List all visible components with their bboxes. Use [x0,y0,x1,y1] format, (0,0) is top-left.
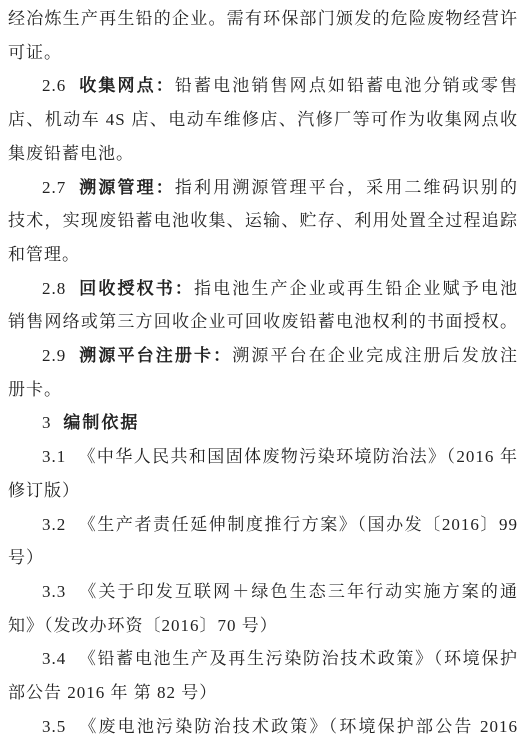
section-item-3-4: 3.4《铅蓄电池生产及再生污染防治技术政策》（环境保护 [8,642,518,676]
line-text: 溯源平台在企业完成注册后发放注 [232,346,518,365]
section-item-3-2: 3.2《生产者责任延伸制度推行方案》（国办发〔2016〕99 [8,508,518,542]
item-number: 2.7 [42,178,66,197]
text-line: 部公告 2016 年 第 82 号） [8,676,518,710]
item-number: 2.9 [42,346,66,365]
line-text: 《铅蓄电池生产及再生污染防治技术政策》（环境保护 [78,649,518,668]
line-text: 知》（发改办环资〔2016〕70 号） [8,616,278,635]
heading-number: 3 [42,413,52,432]
text-line: 技术，实现废铅蓄电池收集、运输、贮存、利用处置全过程追踪 [8,204,518,238]
text-line: 和管理。 [8,238,518,272]
line-text: 销售网络或第三方回收企业可回收废铅蓄电池权利的书面授权。 [8,312,518,331]
line-text: 和管理。 [8,245,80,264]
line-text: 店、机动车 4S 店、电动车维修店、汽修厂等可作为收集网点收 [8,110,518,129]
line-text: 部公告 2016 年 第 82 号） [8,683,217,702]
term-bold: 溯源管理： [78,178,175,197]
line-text: 号） [8,548,44,567]
section-item-3-5: 3.5《废电池污染防治技术政策》（环境保护部公告 2016 [8,710,518,744]
text-line: 册卡。 [8,373,518,407]
text-line: 知》（发改办环资〔2016〕70 号） [8,609,518,643]
line-text: 集废铅蓄电池。 [8,144,134,163]
text-line: 集废铅蓄电池。 [8,137,518,171]
line-text: 经冶炼生产再生铅的企业。需有环保部门颁发的危险废物经营许 [8,9,518,28]
line-text: 技术，实现废铅蓄电池收集、运输、贮存、利用处置全过程追踪 [8,211,518,230]
text-line: 号） [8,541,518,575]
text-line: 修订版） [8,474,518,508]
line-text: 指利用溯源管理平台，采用二维码识别的 [175,178,518,197]
section-item-2-8: 2.8回收授权书：指电池生产企业或再生铅企业赋予电池 [8,272,518,306]
term-bold: 回收授权书： [78,279,194,298]
item-number: 3.5 [42,717,66,736]
section-item-2-9: 2.9溯源平台注册卡：溯源平台在企业完成注册后发放注 [8,339,518,373]
item-number: 3.3 [42,582,66,601]
line-text: 铅蓄电池销售网点如铅蓄电池分销或零售 [175,76,518,95]
item-number: 3.2 [42,515,66,534]
line-text: 册卡。 [8,380,62,399]
text-line: 店、机动车 4S 店、电动车维修店、汽修厂等可作为收集网点收 [8,103,518,137]
heading-label: 编制依据 [63,413,139,432]
line-text: 《中华人民共和国固体废物污染环境防治法》（2016 年 [78,447,518,466]
item-number: 2.6 [42,76,66,95]
term-bold: 收集网点： [78,76,175,95]
line-text: 《废电池污染防治技术政策》（环境保护部公告 2016 [78,717,518,736]
section-item-2-7: 2.7溯源管理：指利用溯源管理平台，采用二维码识别的 [8,171,518,205]
line-text: 可证。 [8,43,62,62]
section-item-3-3: 3.3《关于印发互联网＋绿色生态三年行动实施方案的通 [8,575,518,609]
section-item-3-1: 3.1《中华人民共和国固体废物污染环境防治法》（2016 年 [8,440,518,474]
text-line: 可证。 [8,36,518,70]
section-item-2-6: 2.6收集网点：铅蓄电池销售网点如铅蓄电池分销或零售 [8,69,518,103]
document-page: 经冶炼生产再生铅的企业。需有环保部门颁发的危险废物经营许 可证。 2.6收集网点… [0,0,526,744]
item-number: 3.1 [42,447,66,466]
text-line: 经冶炼生产再生铅的企业。需有环保部门颁发的危险废物经营许 [8,2,518,36]
item-number: 3.4 [42,649,66,668]
line-text: 《关于印发互联网＋绿色生态三年行动实施方案的通 [78,582,518,601]
term-bold: 溯源平台注册卡： [78,346,232,365]
line-text: 《生产者责任延伸制度推行方案》（国办发〔2016〕99 [78,515,518,534]
section-heading-3: 3编制依据 [8,406,518,440]
text-line: 销售网络或第三方回收企业可回收废铅蓄电池权利的书面授权。 [8,305,518,339]
item-number: 2.8 [42,279,66,298]
line-text: 指电池生产企业或再生铅企业赋予电池 [194,279,518,298]
line-text: 修订版） [8,481,80,500]
